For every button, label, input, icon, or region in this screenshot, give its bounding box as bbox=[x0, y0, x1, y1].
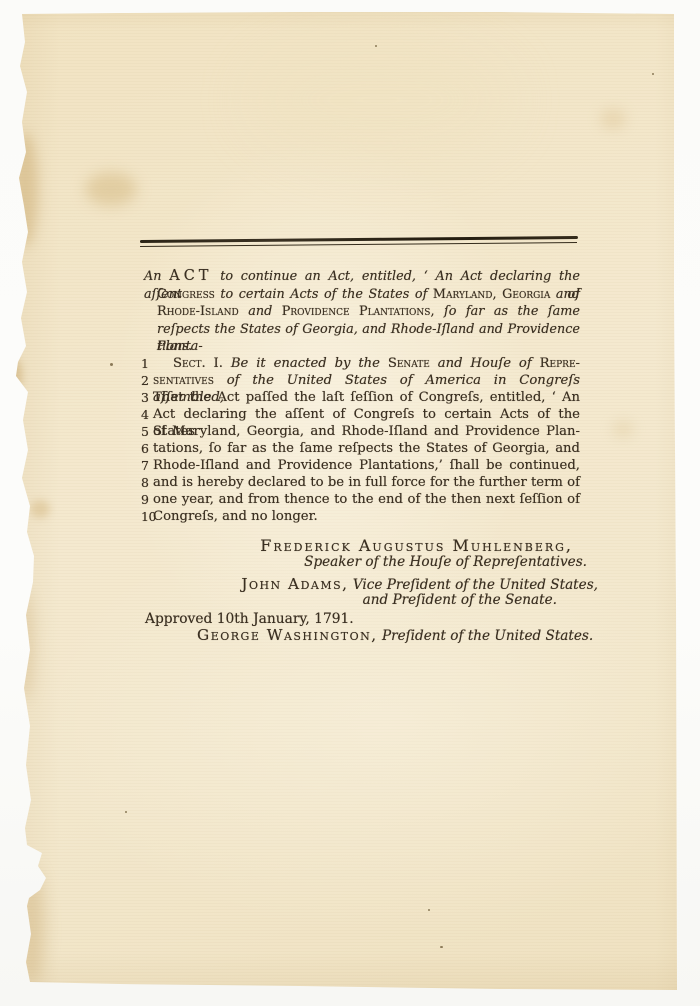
text-segment: Providence Plantations, bbox=[282, 304, 435, 319]
act-title-line-1: An ACT to continue an Act, entitled, ‘ A… bbox=[144, 268, 580, 286]
line-number: 5 bbox=[141, 423, 153, 440]
text-segment: An bbox=[144, 269, 169, 284]
text-segment: and Preſident of the Senate. bbox=[363, 592, 557, 608]
text-segment: one year, and from thence to the end of … bbox=[153, 492, 580, 507]
line-text: Rhode-Iſland and Providence Plantations,… bbox=[153, 457, 580, 474]
text-segment: Sect. I. bbox=[173, 356, 231, 371]
text-segment: and is hereby declared to be in full for… bbox=[153, 475, 580, 490]
act-body-line: 1 Sect. I. Be it enacted by the Senate a… bbox=[141, 355, 580, 372]
text-segment: sentatives bbox=[153, 373, 214, 388]
line-number: 2 bbox=[141, 372, 153, 389]
line-text: and is hereby declared to be in full for… bbox=[153, 474, 580, 491]
text-segment: Rhode-Iſland and Providence Plantations,… bbox=[153, 458, 580, 473]
line-number: 7 bbox=[141, 457, 153, 474]
text-segment: Be it enacted by the bbox=[231, 356, 388, 371]
text-segment: and bbox=[550, 287, 580, 302]
line-number: 4 bbox=[141, 406, 153, 423]
stain bbox=[12, 132, 38, 247]
line-text: Congreſs, and no longer. bbox=[153, 508, 580, 525]
stain bbox=[612, 420, 634, 438]
text-segment: tions. bbox=[157, 339, 193, 354]
fox-speck bbox=[428, 909, 430, 911]
line-text: Sect. I. Be it enacted by the Senate and… bbox=[153, 355, 580, 372]
line-text: That the Act paſſed the laſt ſeſſion of … bbox=[153, 389, 580, 406]
text-segment: Repre- bbox=[540, 356, 580, 371]
act-body-line: 10 Congreſs, and no longer. bbox=[141, 508, 580, 525]
text-segment: tations, ſo far as the ſame reſpects the… bbox=[153, 441, 580, 456]
text-segment: John Adams, bbox=[241, 575, 348, 593]
text-segment: Speaker of the Houſe of Repreſentatives. bbox=[304, 554, 587, 570]
signature-adams-line: John Adams, Vice Preſident of the United… bbox=[141, 575, 598, 593]
signature-muhlenberg-title: Speaker of the Houſe of Repreſentatives. bbox=[141, 554, 587, 570]
act-title-line-5: tions. bbox=[144, 338, 580, 356]
text-segment: ACT bbox=[169, 268, 212, 284]
signature-washington-line: George Washington, Preſident of the Unit… bbox=[197, 626, 593, 644]
fox-speck bbox=[652, 73, 654, 75]
stain bbox=[30, 500, 50, 518]
signature-muhlenberg-name: Frederick Augustus Muhlenberg, bbox=[141, 536, 573, 555]
act-title: An ACT to continue an Act, entitled, ‘ A… bbox=[144, 268, 580, 356]
act-body-line: 8 and is hereby declared to be in full f… bbox=[141, 474, 580, 491]
stain bbox=[16, 590, 34, 700]
approval-line: Approved 10th January, 1791. bbox=[145, 611, 354, 627]
line-text: Act declaring the aſſent of Congreſs to … bbox=[153, 406, 580, 423]
line-text: one year, and from thence to the end of … bbox=[153, 491, 580, 508]
line-text: of Maryland, Georgia, and Rhode-Iſland a… bbox=[153, 423, 580, 440]
text-segment: Frederick Augustus Muhlenberg, bbox=[260, 536, 573, 555]
stain bbox=[600, 108, 626, 130]
act-body-line: 9 one year, and from thence to the end o… bbox=[141, 491, 580, 508]
text-segment: Preſident of the United States. bbox=[378, 628, 594, 644]
stain bbox=[85, 172, 137, 206]
text-segment: of Maryland, Georgia, and Rhode-Iſland a… bbox=[153, 424, 580, 439]
line-number: 8 bbox=[141, 474, 153, 491]
text-segment: Vice Preſident of the United States, bbox=[349, 577, 598, 593]
stain bbox=[6, 358, 22, 392]
text-segment: Rhode-Island bbox=[157, 304, 239, 319]
text-segment: and bbox=[239, 304, 282, 319]
fox-speck bbox=[125, 811, 127, 813]
act-title-line-2: Congress to certain Acts of the States o… bbox=[144, 286, 580, 304]
act-body-line: 5 of Maryland, Georgia, and Rhode-Iſland… bbox=[141, 423, 580, 440]
act-title-line-3: Rhode-Island and Providence Plantations,… bbox=[144, 303, 580, 321]
text-segment: and Houſe of bbox=[430, 356, 540, 371]
text-segment: Congress bbox=[157, 287, 215, 302]
act-body-line: 3 That the Act paſſed the laſt ſeſſion o… bbox=[141, 389, 580, 406]
line-number: 10 bbox=[141, 508, 153, 525]
line-number: 9 bbox=[141, 491, 153, 508]
line-number: 1 bbox=[141, 355, 153, 372]
line-text: sentatives of the United States of Ameri… bbox=[153, 372, 580, 389]
text-segment: Georgia bbox=[502, 287, 550, 302]
act-body: 1 Sect. I. Be it enacted by the Senate a… bbox=[141, 355, 580, 525]
text-segment: Maryland, bbox=[433, 287, 497, 302]
text-segment: Approved 10th January, 1791. bbox=[145, 611, 354, 627]
line-number: 3 bbox=[141, 389, 153, 406]
fox-speck bbox=[440, 946, 443, 948]
text-segment: George Washington, bbox=[197, 626, 378, 644]
paper-sheet: An ACT to continue an Act, entitled, ‘ A… bbox=[0, 0, 700, 1006]
act-body-line: 2 sentatives of the United States of Ame… bbox=[141, 372, 580, 389]
text-segment: That the Act paſſed the laſt ſeſſion of … bbox=[153, 390, 580, 405]
act-title-line-4: reſpects the States of Georgia, and Rhod… bbox=[144, 321, 580, 339]
line-number: 6 bbox=[141, 440, 153, 457]
text-segment: to certain Acts of the States of bbox=[215, 287, 433, 302]
act-text: An ACT to continue an Act, entitled, ‘ A… bbox=[141, 0, 580, 720]
signature-adams-title-2: and Preſident of the Senate. bbox=[141, 592, 557, 608]
text-segment: Senate bbox=[388, 356, 430, 371]
act-body-line: 6 tations, ſo far as the ſame reſpects t… bbox=[141, 440, 580, 457]
text-segment: Congreſs, and no longer. bbox=[153, 509, 318, 524]
act-body-line: 7 Rhode-Iſland and Providence Plantation… bbox=[141, 457, 580, 474]
line-text: tations, ſo far as the ſame reſpects the… bbox=[153, 440, 580, 457]
act-body-line: 4 Act declaring the aſſent of Congreſs t… bbox=[141, 406, 580, 423]
fox-speck bbox=[110, 363, 113, 366]
scan-background: An ACT to continue an Act, entitled, ‘ A… bbox=[0, 0, 700, 1006]
text-segment: ſo far as the ſame bbox=[435, 304, 580, 319]
stain bbox=[18, 868, 44, 986]
